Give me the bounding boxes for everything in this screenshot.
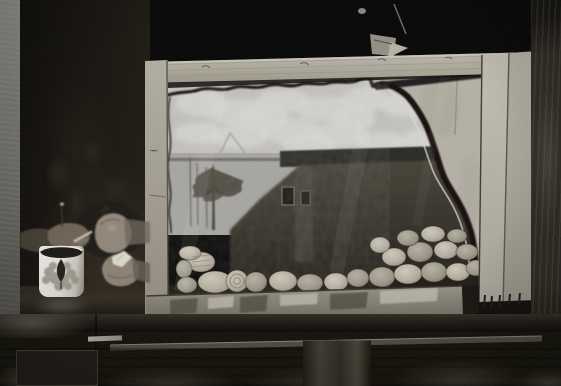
wooden-post [531,0,561,350]
counter [0,314,561,386]
bright-speck [358,8,366,14]
bright-scratch [88,335,122,341]
hanging-wire [394,4,406,34]
vertical-plank [303,340,371,386]
counter-left-highlight [0,314,100,338]
bread-roll [421,262,447,282]
bread-roll [447,229,467,243]
bread-roll [421,226,445,242]
bread-roll [456,244,478,260]
counter-left-panel [16,350,98,386]
wisp-tip [60,203,64,206]
board-bottom-fringe [479,300,537,315]
rail-board-gap [463,285,479,316]
knuckle-highlight [107,225,117,232]
photograph [0,0,561,386]
bread-roll [397,230,419,246]
mug-decal [39,246,84,297]
mug-wisp [61,205,62,227]
upper-wrist [124,219,150,245]
bread-roll [394,264,422,284]
bread-roll [434,241,458,259]
enamel-mug [39,246,84,297]
display-case [140,45,540,335]
